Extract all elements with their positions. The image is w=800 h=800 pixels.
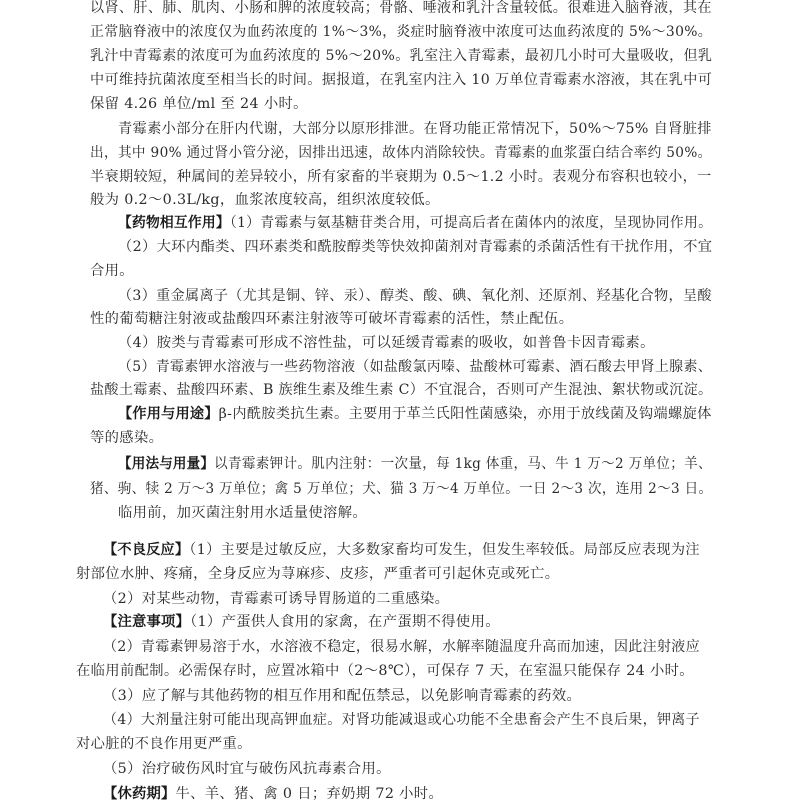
section-line: 【注意事项】（1）产蛋供人食用的家禽，在产蛋期不得使用。: [103, 613, 700, 631]
section-line: 【休药期】牛、羊、猪、禽 0 日；弃奶期 72 小时。: [103, 785, 700, 800]
body-text: 般为 0.2～0.3L/kg，血浆浓度较高，组织浓度较低。: [90, 192, 440, 208]
body-text: 乳汁中青霉素的浓度可为血药浓度的 5%～20%。乳室注入青霉素，最初几小时可大量…: [90, 48, 712, 64]
section-heading: 【不良反应】: [103, 542, 189, 558]
text-line: 半衰期较短，种属间的差异较小，所有家畜的半衰期为 0.5～1.2 小时。表观分布…: [90, 168, 712, 186]
text-line: 以肾、肝、肺、肌肉、小肠和脾的浓度较高；骨骼、唾液和乳汁含量较低。很难进入脑脊液…: [90, 0, 712, 17]
section-line: 【药物相互作用】（1）青霉素与氨基糖苷类合用，可提高后者在菌体内的浓度，呈现协同…: [118, 214, 712, 232]
text-line: 出，其中 90% 通过肾小管分泌，因排出迅速，故体内消除较快。青霉素的血浆蛋白结…: [90, 144, 712, 162]
text-line: 合用。: [90, 262, 712, 280]
section-heading: 【注意事项】: [103, 614, 190, 630]
text-line: （4）胺类与青霉素可形成不溶性盐，可以延缓青霉素的吸收，如普鲁卡因青霉素。: [118, 334, 712, 352]
body-text: 青霉素小部分在肝内代谢，大部分以原形排泄。在肾功能正常情况下，50%～75% 自…: [118, 121, 712, 137]
body-text: （4）胺类与青霉素可形成不溶性盐，可以延缓青霉素的吸收，如普鲁卡因青霉素。: [118, 335, 655, 351]
body-text: β-内酰胺类抗生素。主要用于革兰氏阳性菌感染，亦用于放线菌及钩端螺旋体: [219, 406, 712, 422]
body-text: （3）重金属离子（尤其是铜、锌、汞）、醇类、酸、碘、氧化剂、还原剂、羟基化合物，…: [118, 288, 712, 304]
body-text: 正常脑脊液中的浓度仅为血药浓度的 1%～3%，炎症时脑脊液中浓度可达血药浓度的 …: [90, 24, 712, 40]
body-text: 以肾、肝、肺、肌肉、小肠和脾的浓度较高；骨骼、唾液和乳汁含量较低。很难进入脑脊液…: [90, 0, 712, 16]
text-line: 般为 0.2～0.3L/kg，血浆浓度较高，组织浓度较低。: [90, 191, 712, 209]
text-line: 射部位水肿、疼痛，全身反应为荨麻疹、皮疹，严重者可引起休克或死亡。: [76, 565, 700, 583]
section-line: 【用法与用量】以青霉素钾计。肌内注射：一次量，每 1kg 体重，马、牛 1 万～…: [118, 455, 712, 473]
section-heading: 【用法与用量】: [118, 456, 214, 472]
text-line: 猪、驹、犊 2 万～3 万单位；禽 5 万单位；犬、猫 3 万～4 万单位。一日…: [90, 480, 712, 498]
body-text: （1）产蛋供人食用的家禽，在产蛋期不得使用。: [190, 614, 500, 630]
text-line: （5）青霉素钾水溶液与一些药物溶液（如盐酸氯丙嗪、盐酸林可霉素、酒石酸去甲肾上腺…: [118, 358, 712, 376]
body-text: 临用前，加灭菌注射用水适量使溶解。: [118, 505, 367, 521]
body-text: （2）对某些动物，青霉素可诱导胃肠道的二重感染。: [103, 591, 449, 607]
body-text: 等的感染。: [90, 430, 163, 446]
body-text: 性的葡萄糖注射液或盐酸四环素注射液等可破坏青霉素的活性，禁止配伍。: [90, 311, 573, 327]
body-text: （1）青霉素与氨基糖苷类合用，可提高后者在菌体内的浓度，呈现协同作用。: [230, 215, 712, 231]
body-text: 对心脏的不良作用更严重。: [76, 736, 252, 752]
body-text: 猪、驹、犊 2 万～3 万单位；禽 5 万单位；犬、猫 3 万～4 万单位。一日…: [90, 481, 712, 497]
body-text: 射部位水肿、疼痛，全身反应为荨麻疹、皮疹，严重者可引起休克或死亡。: [76, 566, 559, 582]
body-text: （2）青霉素钾易溶于水，水溶液不稳定，很易水解，水解率随温度升高而加速，因此注射…: [103, 639, 700, 655]
section-line: 【不良反应】（1）主要是过敏反应，大多数家畜均可发生，但发生率较低。局部反应表现…: [103, 541, 700, 559]
body-text: 合用。: [90, 263, 134, 279]
body-text: 牛、羊、猪、禽 0 日；弃奶期 72 小时。: [175, 786, 443, 800]
text-line: 青霉素小部分在肝内代谢，大部分以原形排泄。在肾功能正常情况下，50%～75% 自…: [118, 120, 712, 138]
text-line: （5）治疗破伤风时宜与破伤风抗毒素合用。: [103, 760, 700, 778]
text-line: 乳汁中青霉素的浓度可为血药浓度的 5%～20%。乳室注入青霉素，最初几小时可大量…: [90, 47, 712, 65]
text-line: （3）重金属离子（尤其是铜、锌、汞）、醇类、酸、碘、氧化剂、还原剂、羟基化合物，…: [118, 287, 712, 305]
section-heading: 【药物相互作用】: [118, 215, 230, 231]
text-line: 保留 4.26 单位/ml 至 24 小时。: [90, 95, 712, 113]
body-text: 出，其中 90% 通过肾小管分泌，因排出迅速，故体内消除较快。青霉素的血浆蛋白结…: [90, 145, 712, 161]
text-line: 盐酸土霉素、盐酸四环素、B 族维生素及维生素 C）不宜混合，否则可产生混浊、絮状…: [90, 381, 712, 399]
body-text: （3）应了解与其他药物的相互作用和配伍禁忌，以免影响青霉素的药效。: [103, 688, 581, 704]
body-text: （5）青霉素钾水溶液与一些药物溶液（如盐酸氯丙嗪、盐酸林可霉素、酒石酸去甲肾上腺…: [118, 359, 712, 375]
section-heading: 【休药期】: [103, 786, 175, 800]
text-line: 临用前，加灭菌注射用水适量使溶解。: [118, 504, 712, 522]
body-text: 在临用前配制。必需保存时，应置冰箱中（2～8℃），可保存 7 天，在室温只能保存…: [76, 663, 694, 679]
body-text: 中可维持抗菌浓度至相当长的时间。据报道，在乳室内注入 10 万单位青霉素水溶液，…: [90, 72, 712, 88]
text-line: （4）大剂量注射可能出现高钾血症。对肾功能减退或心功能不全患畜会产生不良后果，钾…: [103, 711, 700, 729]
text-line: （2）青霉素钾易溶于水，水溶液不稳定，很易水解，水解率随温度升高而加速，因此注射…: [103, 638, 700, 656]
text-line: 性的葡萄糖注射液或盐酸四环素注射液等可破坏青霉素的活性，禁止配伍。: [90, 310, 712, 328]
text-line: （3）应了解与其他药物的相互作用和配伍禁忌，以免影响青霉素的药效。: [103, 687, 700, 705]
body-text: （4）大剂量注射可能出现高钾血症。对肾功能减退或心功能不全患畜会产生不良后果，钾…: [103, 712, 700, 728]
body-text: 半衰期较短，种属间的差异较小，所有家畜的半衰期为 0.5～1.2 小时。表观分布…: [90, 169, 712, 185]
section-heading: 【作用与用途】: [118, 406, 219, 422]
text-line: （2）大环内酯类、四环素类和酰胺醇类等快效抑菌剂对青霉素的杀菌活性有干扰作用，不…: [118, 238, 712, 256]
body-text: 以青霉素钾计。肌内注射：一次量，每 1kg 体重，马、牛 1 万～2 万单位；羊…: [214, 456, 712, 472]
body-text: （5）治疗破伤风时宜与破伤风抗毒素合用。: [103, 761, 391, 777]
body-text: （2）大环内酯类、四环素类和酰胺醇类等快效抑菌剂对青霉素的杀菌活性有干扰作用，不…: [118, 239, 712, 255]
text-line: 在临用前配制。必需保存时，应置冰箱中（2～8℃），可保存 7 天，在室温只能保存…: [76, 662, 700, 680]
body-text: 盐酸土霉素、盐酸四环素、B 族维生素及维生素 C）不宜混合，否则可产生混浊、絮状…: [90, 382, 712, 398]
text-line: （2）对某些动物，青霉素可诱导胃肠道的二重感染。: [103, 590, 700, 608]
text-line: 中可维持抗菌浓度至相当长的时间。据报道，在乳室内注入 10 万单位青霉素水溶液，…: [90, 71, 712, 89]
text-line: 正常脑脊液中的浓度仅为血药浓度的 1%～3%，炎症时脑脊液中浓度可达血药浓度的 …: [90, 23, 712, 41]
text-line: 等的感染。: [90, 429, 712, 447]
body-text: 保留 4.26 单位/ml 至 24 小时。: [90, 96, 308, 112]
text-line: 对心脏的不良作用更严重。: [76, 735, 700, 753]
body-text: （1）主要是过敏反应，大多数家畜均可发生，但发生率较低。局部反应表现为注: [189, 542, 700, 558]
section-line: 【作用与用途】β-内酰胺类抗生素。主要用于革兰氏阳性菌感染，亦用于放线菌及钩端螺…: [118, 405, 712, 423]
